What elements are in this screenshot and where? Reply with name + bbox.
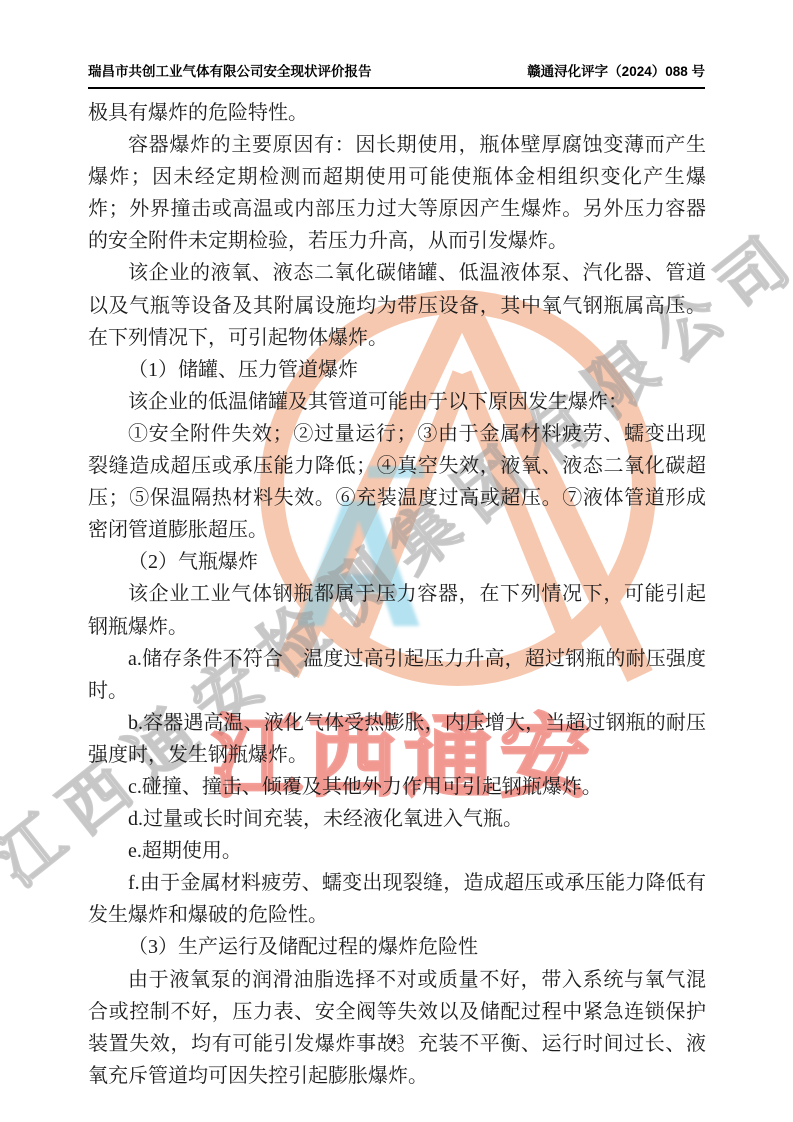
list-item: e.超期使用。 xyxy=(88,835,706,867)
paragraph: 该企业的低温储罐及其管道可能由于以下原因发生爆炸： xyxy=(88,386,706,418)
content-layer: 瑞昌市共创工业气体有限公司安全现状评价报告 赣通浔化评字（2024）088 号 … xyxy=(0,0,793,1122)
page-header: 瑞昌市共创工业气体有限公司安全现状评价报告 赣通浔化评字（2024）088 号 xyxy=(88,60,705,89)
list-item: c.碰撞、撞击、倾覆及其他外力作用可引起钢瓶爆炸。 xyxy=(88,771,706,803)
paragraph: 极具有爆炸的危险特性。 xyxy=(88,97,706,129)
paragraph: 该企业工业气体钢瓶都属于压力容器，在下列情况下，可能引起钢瓶爆炸。 xyxy=(88,578,706,642)
report-title: 瑞昌市共创工业气体有限公司安全现状评价报告 xyxy=(88,60,372,80)
section-heading: （3）生产运行及储配过程的爆炸危险性 xyxy=(88,931,706,963)
page-number: 43 xyxy=(389,1032,404,1048)
page-footer: 43 xyxy=(0,1032,793,1049)
paragraph: 容器爆炸的主要原因有：因长期使用，瓶体壁厚腐蚀变薄而产生爆炸；因未经定期检测而超… xyxy=(88,129,706,257)
list-item: d.过量或长时间充装，未经液化氧进入气瓶。 xyxy=(88,803,706,835)
list-item: b.容器遇高温、液化气体受热膨胀，内压增大，当超过钢瓶的耐压强度时，发生钢瓶爆炸… xyxy=(88,707,706,771)
body-text: 极具有爆炸的危险特性。 容器爆炸的主要原因有：因长期使用，瓶体壁厚腐蚀变薄而产生… xyxy=(88,97,706,1092)
section-heading: （1）储罐、压力管道爆炸 xyxy=(88,354,706,386)
document-page: A 江西通安检测集团有限公司 江西通安 瑞昌市共创工业气体有限公司安全现状评价报… xyxy=(0,0,793,1122)
paragraph: 由于液氧泵的润滑油脂选择不对或质量不好，带入系统与氧气混合或控制不好，压力表、安… xyxy=(88,964,706,1092)
section-heading: （2）气瓶爆炸 xyxy=(88,546,706,578)
list-item: f.由于金属材料疲劳、蠕变出现裂缝，造成超压或承压能力降低有发生爆炸和爆破的危险… xyxy=(88,867,706,931)
list-item: a.储存条件不符合 温度过高引起压力升高，超过钢瓶的耐压强度时。 xyxy=(88,643,706,707)
paragraph: 该企业的液氧、液态二氧化碳储罐、低温液体泵、汽化器、管道以及气瓶等设备及其附属设… xyxy=(88,257,706,353)
paragraph: ①安全附件失效；②过量运行；③由于金属材料疲劳、蠕变出现裂缝造成超压或承压能力降… xyxy=(88,418,706,546)
document-number: 赣通浔化评字（2024）088 号 xyxy=(527,60,705,80)
